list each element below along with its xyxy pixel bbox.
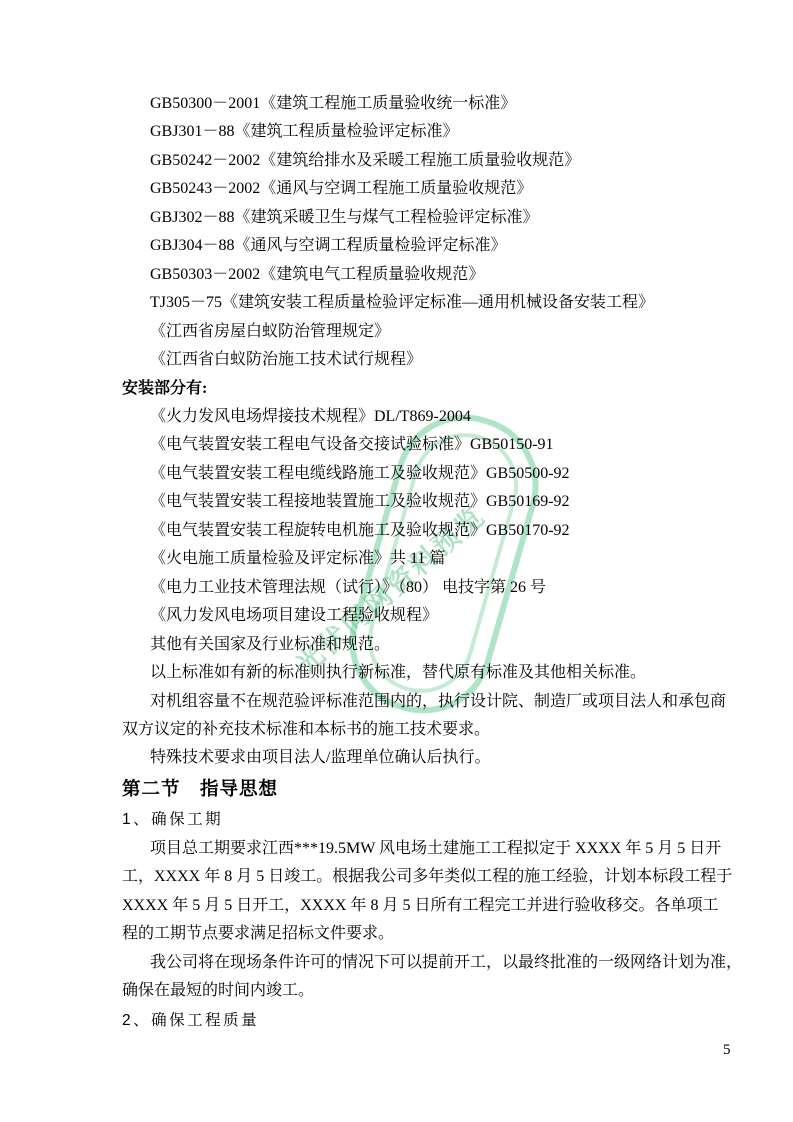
paragraph-line: 确保在最短的时间内竣工。 bbox=[122, 977, 770, 1005]
standards-list-item: 《江西省白蚁防治施工技术试行规程》 bbox=[122, 346, 770, 374]
subsection2-heading: 2、确保工程质量 bbox=[122, 1006, 770, 1036]
paragraph-line: 项目总工期要求江西***19.5MW 风电场土建施工工程拟定于 XXXX 年 5… bbox=[122, 835, 770, 863]
standards-list-item: GB50303－2002《建筑电气工程质量验收规范》 bbox=[122, 261, 770, 289]
install-section-heading: 安装部分有: bbox=[122, 375, 770, 403]
paragraph-line: 我公司将在现场条件许可的情况下可以提前开工，以最终批准的一级网络计划为准， bbox=[122, 949, 770, 977]
note-line: 对机组容量不在规范验评标准范围内的，执行设计院、制造厂或项目法人和承包商 bbox=[122, 688, 770, 716]
section-heading: 第二节 指导思想 bbox=[122, 773, 770, 805]
standards-list-item: GB50300－2001《建筑工程施工质量验收统一标准》 bbox=[122, 90, 770, 118]
install-list-item: 《电气装置安装工程旋转电机施工及验收规范》GB50170-92 bbox=[122, 517, 770, 545]
install-list-item: 《风力发风电场项目建设工程验收规程》 bbox=[122, 602, 770, 630]
document-page: 光伏同网资料预览 GB50300－2001《建筑工程施工质量验收统一标准》 GB… bbox=[0, 0, 793, 1122]
install-list-item: 《火力发风电场焊接技术规程》DL/T869-2004 bbox=[122, 403, 770, 431]
standards-list-item: GB50242－2002《建筑给排水及采暖工程施工质量验收规范》 bbox=[122, 147, 770, 175]
page-content: GB50300－2001《建筑工程施工质量验收统一标准》 GBJ301－88《建… bbox=[122, 90, 770, 1036]
standards-list-item: GBJ304－88《通风与空调工程质量检验评定标准》 bbox=[122, 232, 770, 260]
install-list-item: 《电气装置安装工程接地装置施工及验收规范》GB50169-92 bbox=[122, 488, 770, 516]
install-list-item: 《电气装置安装工程电缆线路施工及验收规范》GB50500-92 bbox=[122, 460, 770, 488]
standards-list-item: GBJ302－88《建筑采暖卫生与煤气工程检验评定标准》 bbox=[122, 204, 770, 232]
install-list-item: 《火电施工质量检验及评定标准》共 11 篇 bbox=[122, 545, 770, 573]
note-line: 双方议定的补充技术标准和本标书的施工技术要求。 bbox=[122, 716, 770, 744]
paragraph-line: 工，XXXX 年 8 月 5 日竣工。根据我公司多年类似工程的施工经验，计划本标… bbox=[122, 863, 770, 891]
subsection1-heading: 1、确保工期 bbox=[122, 805, 770, 835]
paragraph-line: XXXX 年 5 月 5 日开工，XXXX 年 8 月 5 日所有工程完工并进行… bbox=[122, 892, 770, 920]
page-number: 5 bbox=[723, 1042, 731, 1059]
standards-list-item: TJ305－75《建筑安装工程质量检验评定标准—通用机械设备安装工程》 bbox=[122, 289, 770, 317]
standards-list-item: GBJ301－88《建筑工程质量检验评定标准》 bbox=[122, 118, 770, 146]
note-line: 以上标准如有新的标准则执行新标准，替代原有标准及其他相关标准。 bbox=[122, 659, 770, 687]
standards-list-item: GB50243－2002《通风与空调工程施工质量验收规范》 bbox=[122, 175, 770, 203]
note-line: 特殊技术要求由项目法人/监理单位确认后执行。 bbox=[122, 744, 770, 772]
paragraph-line: 程的工期节点要求满足招标文件要求。 bbox=[122, 920, 770, 948]
standards-list-item: 《江西省房屋白蚁防治管理规定》 bbox=[122, 318, 770, 346]
install-list-item: 《电气装置安装工程电气设备交接试验标准》GB50150-91 bbox=[122, 431, 770, 459]
install-list-item: 其他有关国家及行业标准和规范。 bbox=[122, 631, 770, 659]
install-list-item: 《电力工业技术管理法规（试行）》（80） 电技字第 26 号 bbox=[122, 574, 770, 602]
